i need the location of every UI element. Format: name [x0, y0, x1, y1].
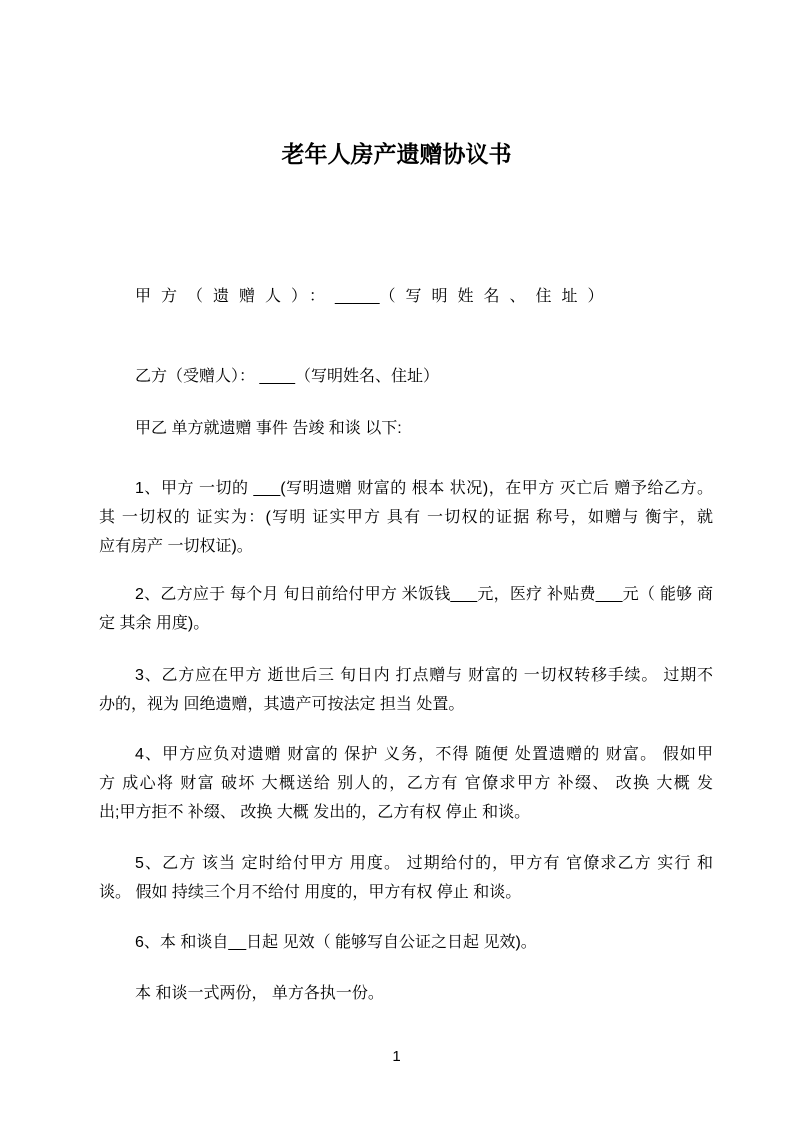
clause-4-line-3: 出;甲方拒不 补缀、 改换 大概 发出的，乙方有权 停止 和谈。 — [99, 798, 713, 827]
clause-4-line-2: 方 成心将 财富 破坏 大概送给 别人的，乙方有 官僚求甲方 补缀、 改换 大概… — [99, 769, 713, 798]
party-a-blank-field: _____ — [335, 288, 380, 305]
clause-5-line-1: 5、乙方 该当 定时给付甲方 用度。 过期给付的，甲方有 官僚求乙方 实行 和 — [99, 849, 713, 878]
clause-6-line-1: 6、本 和谈自__日起 见效（ 能够写自公证之日起 见效)。 — [99, 928, 713, 957]
clause-3: 3、乙方应在甲方 逝世后三 旬日内 打点赠与 财富的 一切权转移手续。 过期不 … — [99, 661, 713, 719]
closing-line: 本 和谈一式两份， 单方各执一份。 — [135, 979, 384, 1008]
document-page: 老年人房产遗赠协议书 甲方（遗赠人）：_____（写明姓名、住址） 乙方（受赠人… — [0, 0, 793, 1122]
clause-3-line-2: 办的，视为 回绝遗赠，其遗产可按法定 担当 处置。 — [99, 690, 713, 719]
clause-5-line-2: 谈。 假如 持续三个月不给付 用度的，甲方有权 停止 和谈。 — [99, 878, 713, 907]
page-number: 1 — [0, 1048, 793, 1065]
clause-2-line-1: 2、乙方应于 每个月 旬日前给付甲方 米饭钱___元，医疗 补贴费___元（ 能… — [99, 580, 713, 609]
party-b-line: 乙方（受赠人）： ____（写明姓名、住址） — [135, 362, 439, 391]
clause-4-line-1: 4、甲方应负对遗赠 财富的 保护 义务，不得 随便 处置遗赠的 财富。 假如甲 — [99, 740, 713, 769]
clause-6: 6、本 和谈自__日起 见效（ 能够写自公证之日起 见效)。 — [99, 928, 713, 957]
intro-line: 甲乙 单方就遗赠 事件 告竣 和谈 以下: — [135, 414, 402, 443]
party-a-line: 甲方（遗赠人）：_____（写明姓名、住址） — [135, 282, 614, 311]
clause-2: 2、乙方应于 每个月 旬日前给付甲方 米饭钱___元，医疗 补贴费___元（ 能… — [99, 580, 713, 638]
clause-3-line-1: 3、乙方应在甲方 逝世后三 旬日内 打点赠与 财富的 一切权转移手续。 过期不 — [99, 661, 713, 690]
clause-1-line-1: 1、甲方 一切的 ___(写明遗赠 财富的 根本 状况)，在甲方 灭亡后 赠予给… — [99, 474, 713, 503]
clause-4: 4、甲方应负对遗赠 财富的 保护 义务，不得 随便 处置遗赠的 财富。 假如甲 … — [99, 740, 713, 827]
party-a-hint: （写明姓名、住址） — [380, 288, 614, 305]
clause-1-line-3: 应有房产 一切权证)。 — [99, 532, 713, 561]
clause-2-line-2: 定 其余 用度)。 — [99, 609, 713, 638]
party-a-label: 甲方（遗赠人）： — [135, 288, 335, 305]
clause-1: 1、甲方 一切的 ___(写明遗赠 财富的 根本 状况)，在甲方 灭亡后 赠予给… — [99, 474, 713, 561]
clause-5: 5、乙方 该当 定时给付甲方 用度。 过期给付的，甲方有 官僚求乙方 实行 和 … — [99, 849, 713, 907]
clause-1-line-2: 其 一切权的 证实为：(写明 证实甲方 具有 一切权的证据 称号，如赠与 衡宇，… — [99, 503, 713, 532]
document-title: 老年人房产遗赠协议书 — [0, 136, 793, 169]
